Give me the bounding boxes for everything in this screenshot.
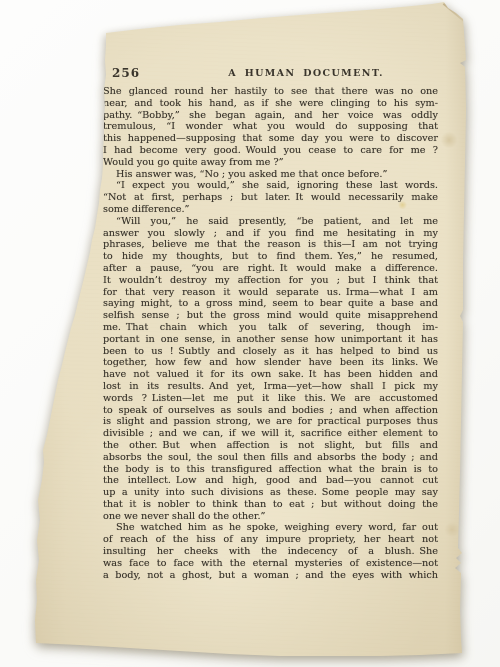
text-line: pathy. “Bobby,” she began again, and her…	[103, 110, 438, 122]
right-edge-shading	[440, 0, 466, 667]
paper-sheet: 256 A HUMAN DOCUMENT. She glanced round …	[0, 0, 500, 667]
text-line: I had become very good. Would you cease …	[103, 145, 438, 157]
text-line: this happened—supposing that some day yo…	[103, 133, 438, 145]
text-line: absorbs the soul, the soul then fills an…	[103, 452, 438, 464]
text-line: lost in its results. And yet, Irma—yet—h…	[103, 381, 438, 393]
text-line: to hide my thoughts, but to find them. Y…	[103, 251, 438, 263]
text-line: together, how few and how slender have b…	[103, 357, 438, 369]
text-line: near, and took his hand, as if she were …	[103, 98, 438, 110]
deckle-edge-shading	[0, 0, 110, 667]
text-line: have not valued it for its own sake. It …	[103, 369, 438, 381]
text-line: for that very reason it would separate u…	[103, 287, 438, 299]
text-line: to speak of ourselves as souls and bodie…	[103, 405, 438, 417]
text-line: insulting her cheeks with the indecency …	[103, 546, 438, 558]
text-line: She glanced round her hastily to see tha…	[103, 86, 438, 98]
text-line: is slight and passion strong, we are for…	[103, 416, 438, 428]
age-stain	[444, 522, 460, 537]
text-line: the body is to this transfigured affecti…	[103, 464, 438, 476]
text-line: She watched him as he spoke, weighing ev…	[103, 522, 438, 534]
text-line: one we never shall do the other.”	[103, 511, 438, 523]
text-line: Would you go quite away from me ?”	[103, 157, 438, 169]
running-header: 256 A HUMAN DOCUMENT.	[103, 66, 438, 80]
torn-corner-mark	[443, 3, 465, 22]
text-line: the intellect. Low and high, good and ba…	[103, 475, 438, 487]
text-line: “Will you,” he said presently, “be patie…	[103, 216, 438, 228]
text-line: been to us ! Subtly and closely as it ha…	[103, 346, 438, 358]
text-line: that it is nobler to think than to eat ;…	[103, 499, 438, 511]
text-line: phrases, believe me that the reason is t…	[103, 239, 438, 251]
text-line: “I expect you would,” she said, ignoring…	[103, 180, 438, 192]
text-line: selfish sense ; but the gross mind would…	[103, 310, 438, 322]
text-line: words ? Listen—let me put it like this. …	[103, 393, 438, 405]
book-title-running-head: A HUMAN DOCUMENT.	[228, 68, 384, 79]
text-line: tremulous, “I wonder what you would do s…	[103, 121, 438, 133]
text-line: me. That chain which you talk of severin…	[103, 322, 438, 334]
text-line: some difference.”	[103, 204, 438, 216]
text-line: answer you slowly ; and if you find me h…	[103, 228, 438, 240]
text-line: up a unity into such divisions as these.…	[103, 487, 438, 499]
text-line: saying might, to a gross mind, seem to b…	[103, 298, 438, 310]
age-stain	[440, 132, 458, 148]
text-line: was face to face with the eternal myster…	[103, 558, 438, 570]
text-line: “Not at first, perhaps ; but later. It w…	[103, 192, 438, 204]
book-page: 256 A HUMAN DOCUMENT. She glanced round …	[0, 0, 500, 667]
text-line: divisible ; and we can, if we will it, s…	[103, 428, 438, 440]
photo-background: 256 A HUMAN DOCUMENT. She glanced round …	[0, 0, 500, 667]
text-line: It wouldn’t destroy my affection for you…	[103, 275, 438, 287]
text-line: a body, not a ghost, but a woman ; and t…	[103, 570, 438, 582]
text-line: the other. But when affection is not sli…	[103, 440, 438, 452]
text-line: of reach of the hiss of any impure propr…	[103, 534, 438, 546]
text-line: His answer was, “No ; you asked me that …	[103, 169, 438, 181]
text-line: portant in one sense, in another sense h…	[103, 334, 438, 346]
page-number: 256	[112, 66, 140, 80]
text-line: after a pause, “you are right. It would …	[103, 263, 438, 275]
page-text: She glanced round her hastily to see tha…	[103, 86, 438, 581]
